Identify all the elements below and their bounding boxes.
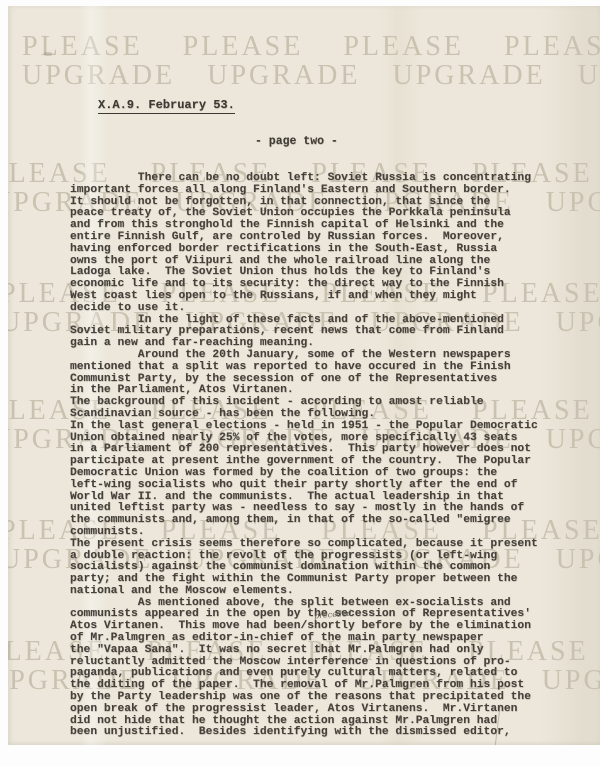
watermark-row: PLEASE PLEASE PLEASE PLEASE PLEASEUPGRAD… xyxy=(22,33,600,90)
typed-line: national and the Moscow elements. xyxy=(70,586,575,598)
typed-line: The present crisis seems therefore so co… xyxy=(70,539,575,551)
typed-line: having enforced border rectifications in… xyxy=(70,244,575,256)
page-label: - page two - xyxy=(255,135,338,148)
typed-line: In the last general elections - held in … xyxy=(70,421,575,433)
typed-line: the "Vapaa Sana". It was no secret that … xyxy=(70,645,575,657)
watermark-upgrade-line: UPGRADE UPGRADE UPGRADE UPGRADE UPGRADE xyxy=(22,61,600,90)
typed-line: entire Finnish Gulf, are controled by Ru… xyxy=(70,232,575,244)
document-page: PLEASE PLEASE PLEASE PLEASE PLEASEUPGRAD… xyxy=(8,6,600,745)
typed-line: mentioned that a split was reported to h… xyxy=(70,362,575,374)
watermark-please-line: PLEASE PLEASE PLEASE PLEASE PLEASE xyxy=(22,33,600,61)
typed-line: communists. xyxy=(70,527,575,539)
typed-line: left-wing socialists who quit their part… xyxy=(70,480,575,492)
typed-line: decide to use it. xyxy=(70,303,575,315)
typed-body: There can be no doubt left: Soviet Russi… xyxy=(70,173,575,739)
typed-line: Around the 20th January, some of the Wes… xyxy=(70,350,575,362)
scanned-page-container: PLEASE PLEASE PLEASE PLEASE PLEASEUPGRAD… xyxy=(0,0,600,767)
typed-line: Democratic Union was formed by the coali… xyxy=(70,468,575,480)
typed-line: the communists and, among them, in that … xyxy=(70,515,575,527)
typed-line: Scandinavian source - has been the follo… xyxy=(70,409,575,421)
document-reference: X.A.9. February 53. xyxy=(98,98,235,114)
typed-line: been unjustified. Besides identifying wi… xyxy=(70,727,575,739)
typed-line: West coast lies open to the Russians, if… xyxy=(70,291,575,303)
pencil-page-number: 36. xyxy=(556,743,576,745)
typed-line: important forces all along Finland's Eas… xyxy=(70,185,575,197)
paper-speck xyxy=(44,52,52,56)
